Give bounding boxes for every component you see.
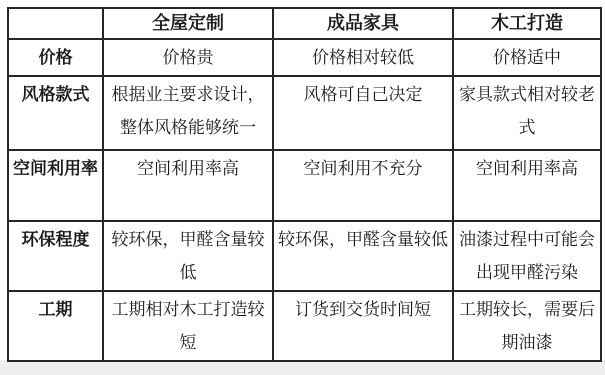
page-bottom-strip bbox=[0, 360, 605, 375]
comparison-table: 全屋定制 成品家具 木工打造 价格 价格贵 价格相对较低 价格适中 风格款式 根… bbox=[7, 7, 602, 362]
table-cell: 家具款式相对较老式 bbox=[453, 76, 601, 150]
row-label-price: 价格 bbox=[8, 39, 103, 76]
table-cell: 油漆过程中可能会出现甲醛污染 bbox=[453, 221, 601, 291]
table-row-price: 价格 价格贵 价格相对较低 价格适中 bbox=[8, 39, 601, 76]
column-header-finished-furniture: 成品家具 bbox=[273, 8, 453, 39]
row-label-space-utilization: 空间利用率 bbox=[8, 150, 103, 221]
header-row: 全屋定制 成品家具 木工打造 bbox=[8, 8, 601, 39]
table-row-construction-period: 工期 工期相对木工打造较短 订货到交货时间短 工期较长，需要后期油漆 bbox=[8, 291, 601, 361]
table-cell: 空间利用率高 bbox=[453, 150, 601, 221]
table-cell: 价格相对较低 bbox=[273, 39, 453, 76]
table-row-eco-friendliness: 环保程度 较环保，甲醛含量较低 较环保，甲醛含量较低 油漆过程中可能会出现甲醛污… bbox=[8, 221, 601, 291]
table-cell: 工期较长，需要后期油漆 bbox=[453, 291, 601, 361]
table-cell: 空间利用不充分 bbox=[273, 150, 453, 221]
table-cell: 风格可自己决定 bbox=[273, 76, 453, 150]
column-header-carpenter-made: 木工打造 bbox=[453, 8, 601, 39]
table-cell: 较环保，甲醛含量较低 bbox=[103, 221, 273, 291]
table-cell: 空间利用率高 bbox=[103, 150, 273, 221]
row-label-style: 风格款式 bbox=[8, 76, 103, 150]
table-row-space-utilization: 空间利用率 空间利用率高 空间利用不充分 空间利用率高 bbox=[8, 150, 601, 221]
table-cell: 工期相对木工打造较短 bbox=[103, 291, 273, 361]
corner-cell bbox=[8, 8, 103, 39]
column-header-custom-whole-house: 全屋定制 bbox=[103, 8, 273, 39]
table-cell: 价格适中 bbox=[453, 39, 601, 76]
page: 全屋定制 成品家具 木工打造 价格 价格贵 价格相对较低 价格适中 风格款式 根… bbox=[0, 0, 605, 375]
table-cell: 较环保，甲醛含量较低 bbox=[273, 221, 453, 291]
table-cell: 价格贵 bbox=[103, 39, 273, 76]
row-label-construction-period: 工期 bbox=[8, 291, 103, 361]
table-cell: 订货到交货时间短 bbox=[273, 291, 453, 361]
table-cell: 根据业主要求设计，整体风格能够统一 bbox=[103, 76, 273, 150]
table-row-style: 风格款式 根据业主要求设计，整体风格能够统一 风格可自己决定 家具款式相对较老式 bbox=[8, 76, 601, 150]
row-label-eco-friendliness: 环保程度 bbox=[8, 221, 103, 291]
